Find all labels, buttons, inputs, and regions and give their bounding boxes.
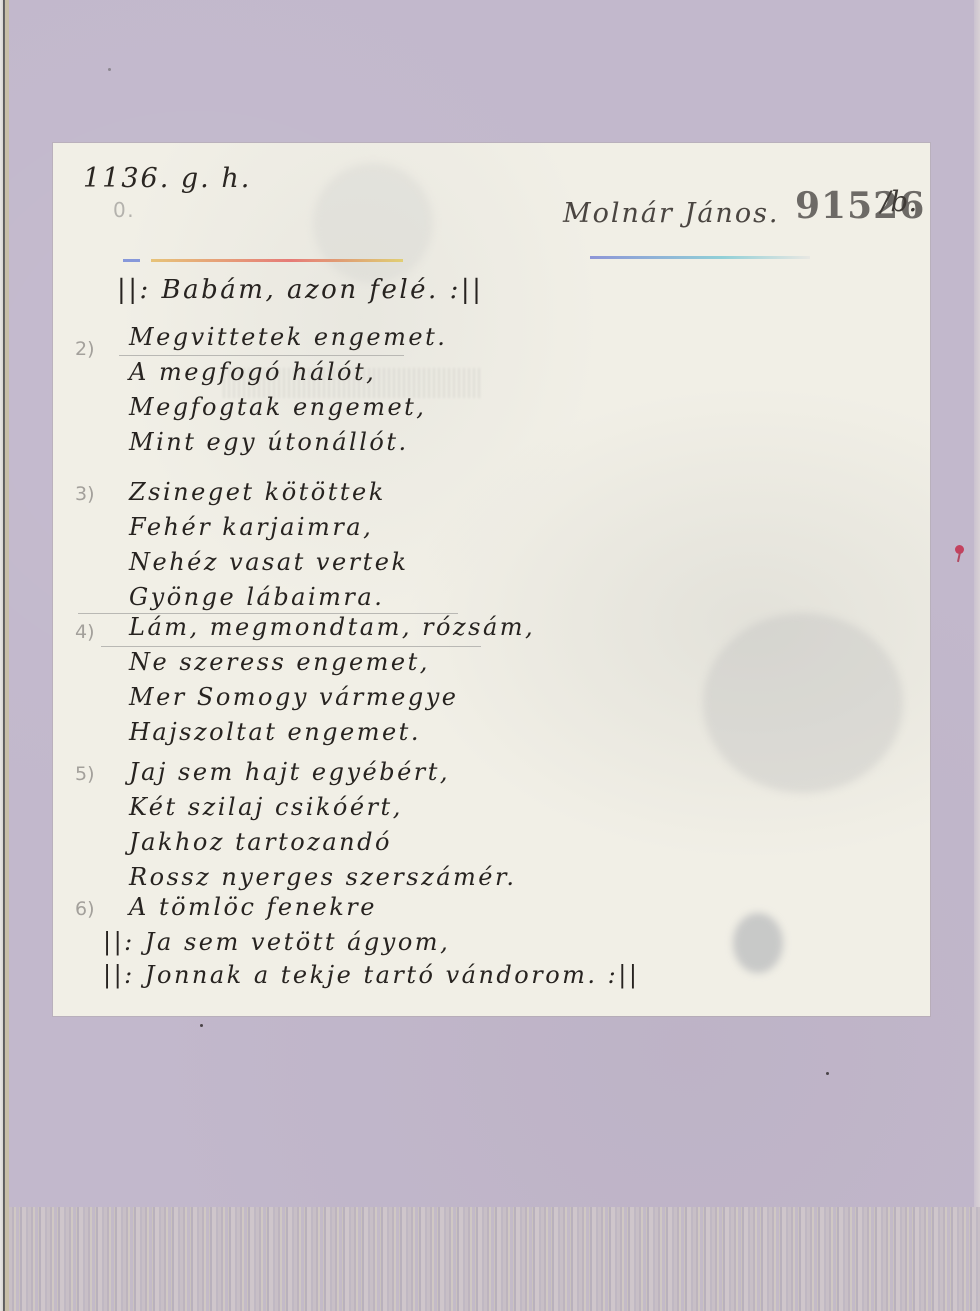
verse-number: 6) xyxy=(75,898,95,920)
verse-number: 3) xyxy=(75,483,95,505)
scanned-page: 1136. g. h. 0. Molnár János. 91526 /b. |… xyxy=(0,0,980,1311)
verse-4-line-4: Hajszoltat engemet. xyxy=(129,718,421,746)
paper-stain xyxy=(313,163,433,283)
verse-3-line-2: Fehér karjaimra, xyxy=(129,513,373,541)
verse-5-line-1: Jaj sem hajt egyébért, xyxy=(129,758,450,786)
verse-number: 5) xyxy=(75,763,95,785)
verse-2-line-1: Megvittetek engemet. xyxy=(129,323,447,351)
scan-right-edge xyxy=(974,0,980,1311)
pencil-underline xyxy=(101,646,481,647)
verse-6-line-1: A tömlöc fenekre xyxy=(129,893,377,921)
paper-stain xyxy=(703,613,903,793)
verse-6-line-2: ||: Ja sem vetött ágyom, xyxy=(103,928,450,956)
crossed-out-subtitle xyxy=(590,253,810,263)
verse-4-line-3: Mer Somogy vármegye xyxy=(129,683,458,711)
verse-2-line-2: A megfogó hálót, xyxy=(129,358,376,386)
dirt-speck xyxy=(826,1072,829,1075)
verse-6-line-3: ||: Jonnak a tekje tartó vándorom. :|| xyxy=(103,961,639,989)
red-ink-spot xyxy=(955,545,964,554)
verse-2-line-4: Mint egy útonállót. xyxy=(129,428,409,456)
verse-3-line-3: Nehéz vasat vertek xyxy=(129,548,409,576)
fingerprint-smudge xyxy=(733,913,783,973)
verse-5-line-4: Rossz nyerges szerszámér. xyxy=(129,863,516,891)
manuscript-paper: 1136. g. h. 0. Molnár János. 91526 /b. |… xyxy=(53,143,930,1016)
verse-1-line-1: ||: Babám, azon felé. :|| xyxy=(117,275,483,305)
verse-3-line-4: Gyönge lábaimra. xyxy=(129,583,384,611)
verse-4-line-1: Lám, megmondtam, rózsám, xyxy=(129,613,535,641)
author-name: Molnár János. xyxy=(563,198,780,229)
verse-number: 2) xyxy=(75,338,95,360)
archive-stamp-suffix: /b. xyxy=(881,185,917,218)
scan-left-edge xyxy=(0,0,9,1311)
verse-5-line-2: Két szilaj csikóért, xyxy=(129,793,403,821)
dirt-speck xyxy=(200,1024,203,1027)
scan-streak-band xyxy=(9,1207,980,1311)
verse-2-line-3: Megfogtak engemet, xyxy=(129,393,426,421)
verse-3-line-1: Zsineget kötöttek xyxy=(129,478,386,506)
pencil-mark: 0. xyxy=(113,198,135,222)
verse-4-line-2: Ne szeress engemet, xyxy=(129,648,430,676)
dirt-speck xyxy=(108,68,111,71)
reference-number: 1136. g. h. xyxy=(83,163,251,194)
verse-number: 4) xyxy=(75,621,95,643)
pencil-underline xyxy=(119,355,404,356)
verse-5-line-3: Jakhoz tartozandó xyxy=(129,828,392,856)
